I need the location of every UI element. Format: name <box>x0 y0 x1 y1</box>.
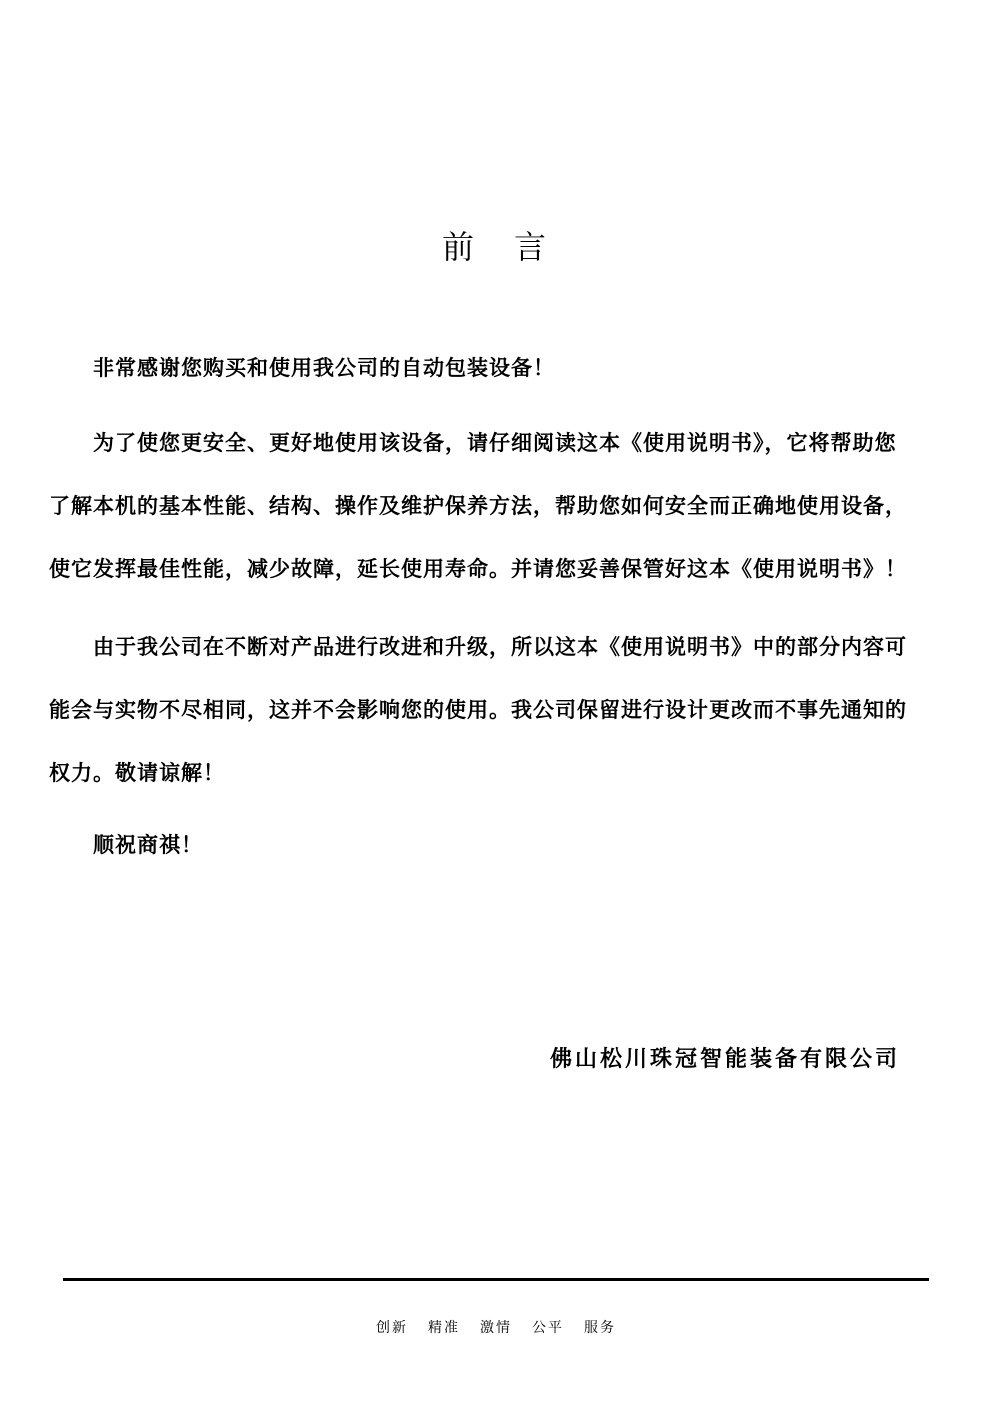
paragraph-line: 能会与实物不尽相同，这并不会影响您的使用。我公司保留进行设计更改而不事先通知的 <box>49 679 949 742</box>
page-title: 前 言 <box>0 222 992 268</box>
paragraph-thanks: 非常感谢您购买和使用我公司的自动包装设备！ <box>49 337 949 400</box>
footer-motto: 创新 精准 激情 公平 服务 <box>0 1317 992 1337</box>
paragraph-line: 顺祝商祺！ <box>49 814 949 877</box>
paragraph-wishes: 顺祝商祺！ <box>49 814 949 877</box>
footer-motto-word: 公平 <box>532 1317 564 1337</box>
paragraph-line: 权力。敬请谅解！ <box>49 742 949 805</box>
footer-divider <box>63 1278 929 1281</box>
paragraph-disclaimer: 由于我公司在不断对产品进行改进和升级，所以这本《使用说明书》中的部分内容可 能会… <box>49 616 949 805</box>
footer-motto-word: 激情 <box>480 1317 512 1337</box>
paragraph-usage-advice: 为了使您更安全、更好地使用该设备，请仔细阅读这本《使用说明书》，它将帮助您 了解… <box>49 412 949 601</box>
footer-motto-word: 创新 <box>376 1317 408 1337</box>
paragraph-line: 由于我公司在不断对产品进行改进和升级，所以这本《使用说明书》中的部分内容可 <box>49 616 949 679</box>
manual-preface-page: 前 言 非常感谢您购买和使用我公司的自动包装设备！ 为了使您更安全、更好地使用该… <box>0 0 992 1403</box>
company-signature: 佛山松川珠冠智能装备有限公司 <box>550 1042 900 1073</box>
footer-motto-word: 精准 <box>428 1317 460 1337</box>
paragraph-line: 为了使您更安全、更好地使用该设备，请仔细阅读这本《使用说明书》，它将帮助您 <box>49 412 949 475</box>
paragraph-line: 使它发挥最佳性能，减少故障，延长使用寿命。并请您妥善保管好这本《使用说明书》！ <box>49 538 949 601</box>
paragraph-line: 了解本机的基本性能、结构、操作及维护保养方法，帮助您如何安全而正确地使用设备， <box>49 475 949 538</box>
footer-motto-word: 服务 <box>584 1317 616 1337</box>
paragraph-line: 非常感谢您购买和使用我公司的自动包装设备！ <box>49 337 949 400</box>
